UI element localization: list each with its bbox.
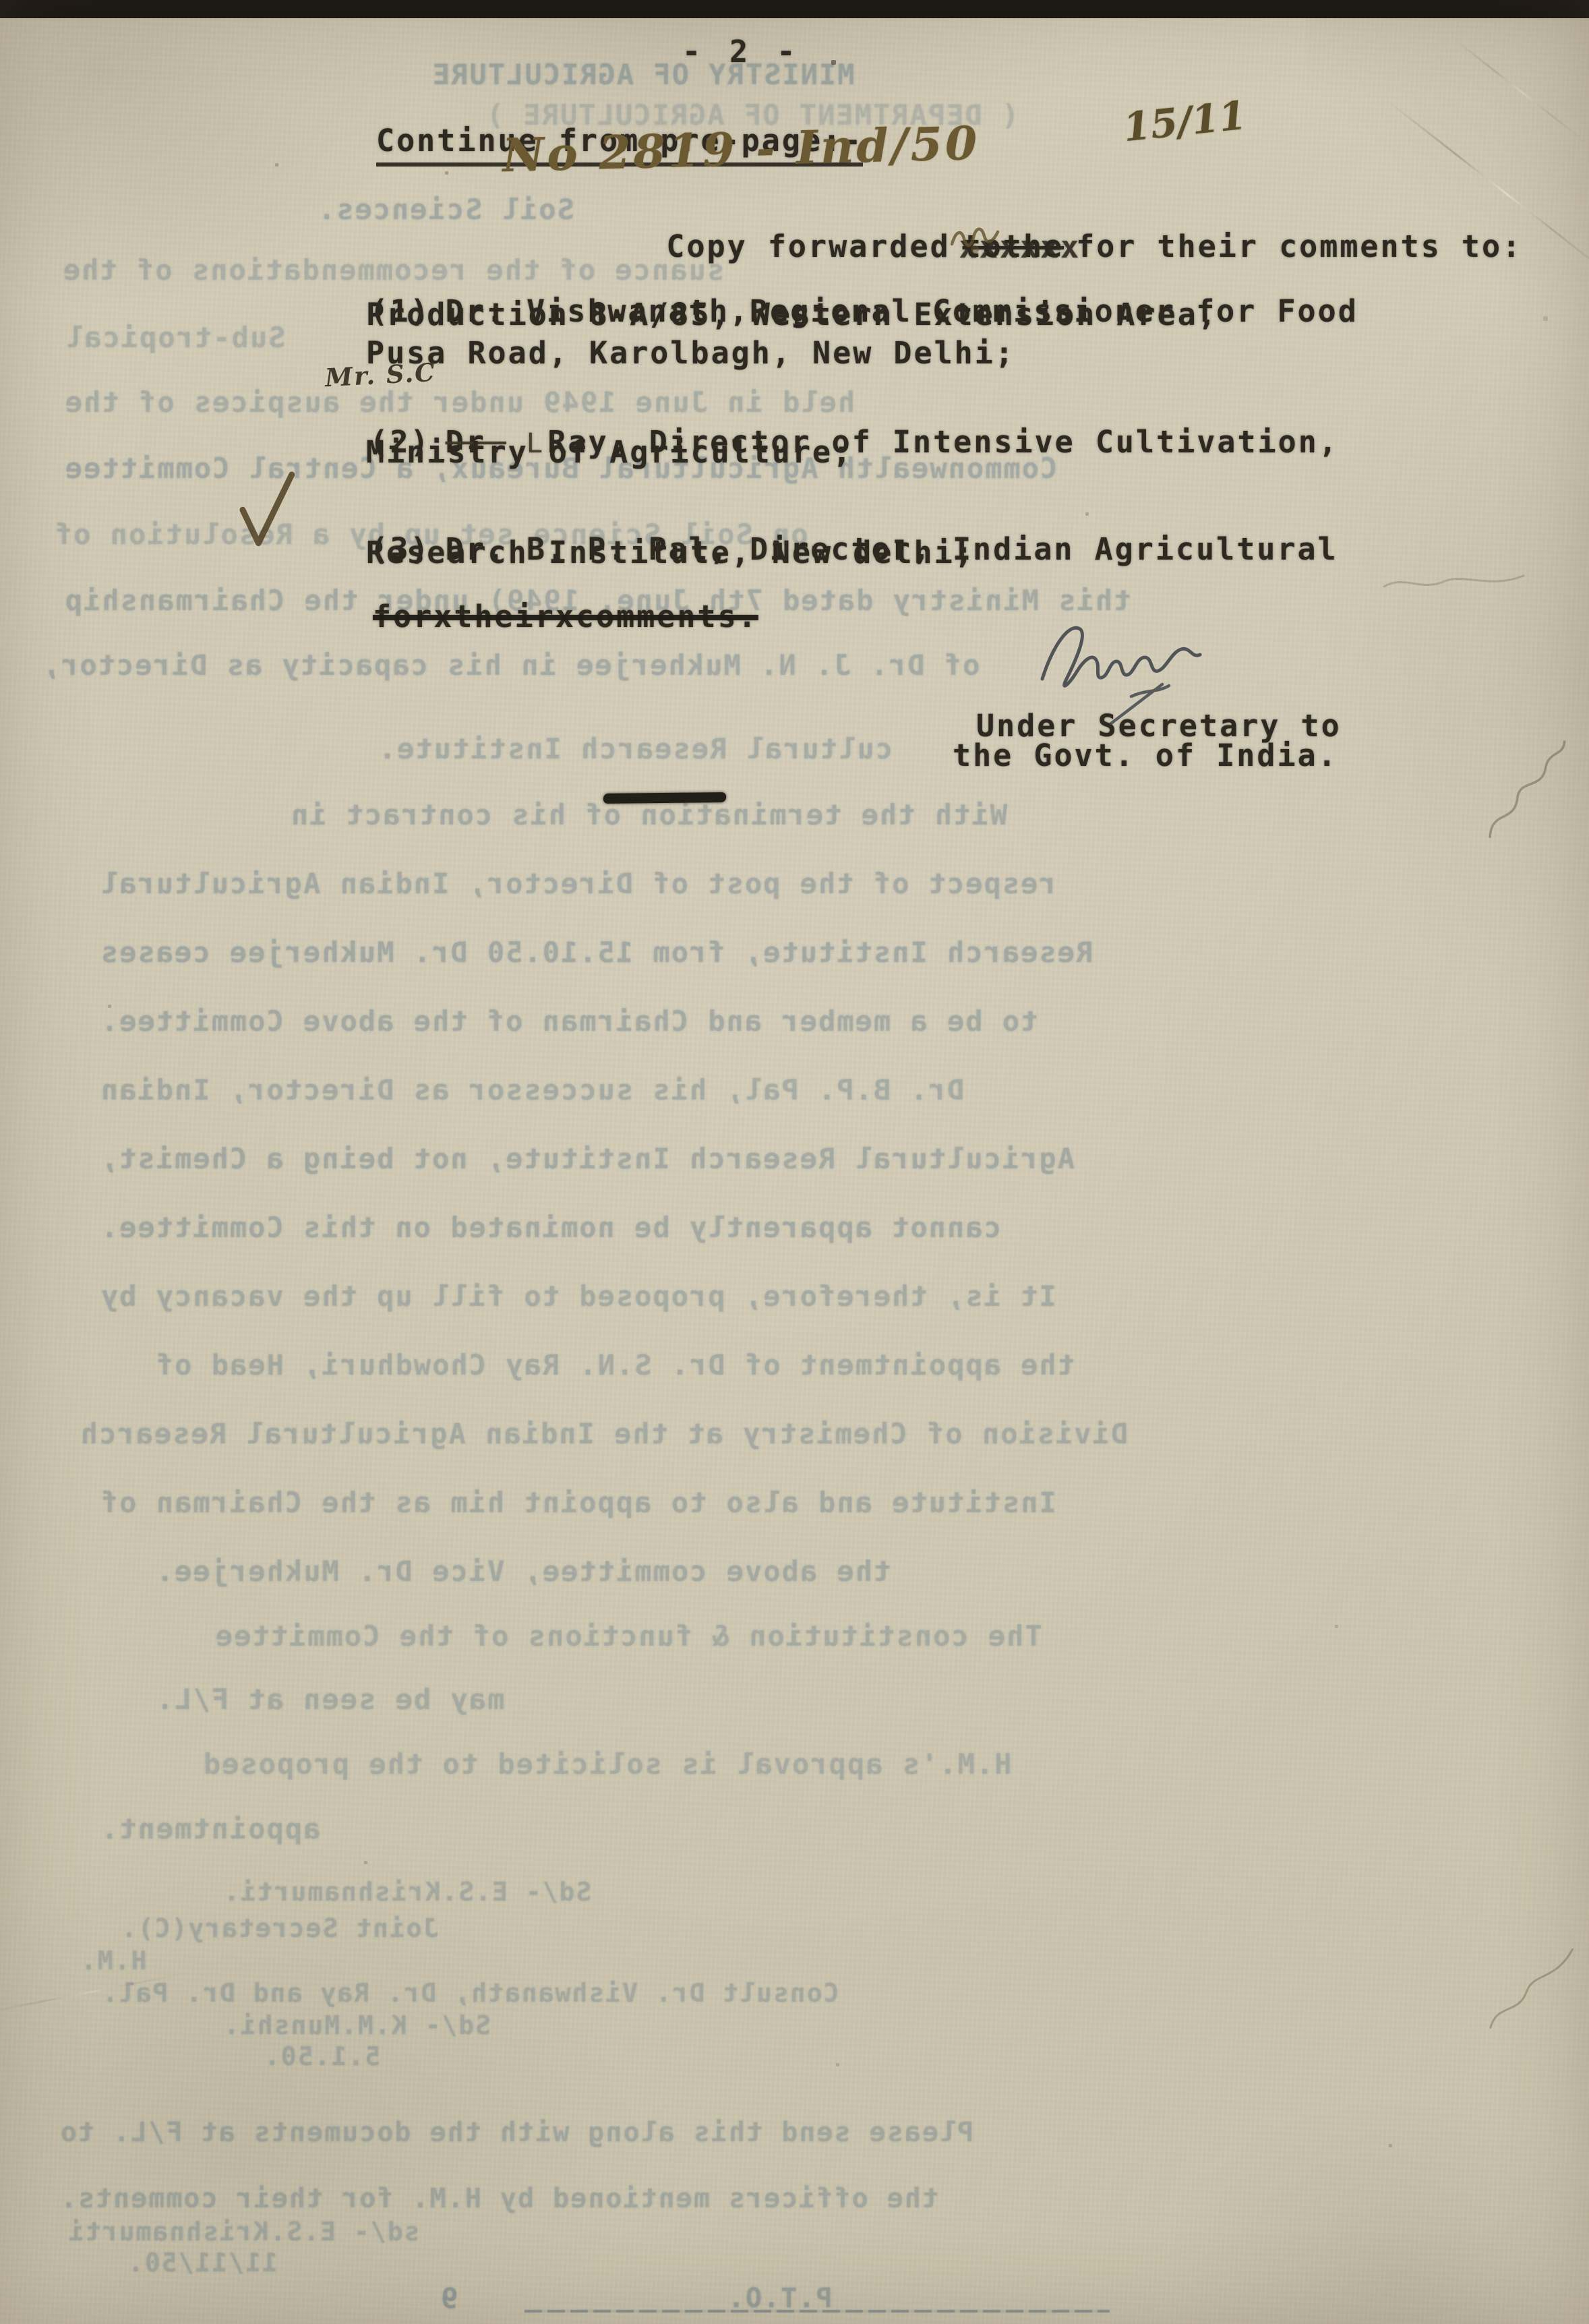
bleedthrough-text-line: appointment. (100, 1812, 320, 1845)
bleedthrough-text-line: Consult Dr. Vishwanath, Dr. Ray and Dr. … (101, 1978, 839, 2008)
handwritten-correction-mr-sc: Mr. S.C (324, 357, 437, 393)
bleedthrough-text-line: Joint Secretary(C). (120, 1913, 439, 1943)
page-number: - 2 - (682, 34, 800, 69)
bleedthrough-text-line: sd/- E.S.Krishnamurti (67, 2217, 419, 2246)
bleedthrough-text-line: Please send this along with the document… (59, 2117, 973, 2148)
document-page: MINISTRY OF AGRICULTURE( DEPARTMENT OF A… (0, 0, 1589, 2324)
list-item-1-line-2: Production 8-A/85, Western Extension Are… (366, 297, 1218, 332)
bleedthrough-text-line: respect of the post of Director, Indian … (100, 867, 1056, 900)
bleedthrough-text-line: 9 (440, 2282, 458, 2315)
ink-specks (0, 0, 1, 1)
bleedthrough-text-line: of Dr. J. N. Mukherjee in his capacity a… (42, 649, 980, 682)
signature-scribble (1030, 609, 1232, 727)
bleedthrough-text-line: Division of Chemistry at the Indian Agri… (80, 1417, 1128, 1450)
bleedthrough-text-line: to be a member and Chairman of the above… (100, 1005, 1038, 1038)
bleedthrough-text-line: Dr. B.P. Pal, his successor as Director,… (100, 1073, 964, 1106)
bleedthrough-text-line: Agricultural Research Institute, not bei… (100, 1142, 1075, 1175)
bleedthrough-text-line: Research Institute, from 15.10.50 Dr. Mu… (100, 936, 1093, 969)
bleedthrough-rule (524, 2310, 1110, 2313)
list-item-3-line-2: Research Institute, New delhi; (366, 535, 975, 570)
bleedthrough-text-line: Sub-tropical (65, 321, 285, 354)
pencil-scrawl-right-upper (1381, 566, 1529, 600)
checkmark-icon (235, 468, 295, 552)
bleedthrough-text-line: cannot apparently be nominated on this C… (100, 1211, 1001, 1244)
bleedthrough-text-line: the above committee, Vice Dr. Mukherjee. (155, 1555, 891, 1588)
bleedthrough-text-line: the appointment of Dr. S.N. Ray Chowdhur… (155, 1348, 1075, 1381)
signoff-line-2: the Govt. of India. (953, 738, 1338, 773)
bleedthrough-text-line: The constitution & functions of the Comm… (214, 1619, 1042, 1652)
bleedthrough-text-line: Institute and also to appoint him as the… (100, 1486, 1056, 1519)
bleedthrough-text-line: the officers mentioned by H.M. for their… (59, 2183, 938, 2214)
heavy-ink-strike-bar (603, 792, 726, 804)
scan-edge (0, 0, 1589, 18)
bleedthrough-text-line: H.M.'s approval is solicited to the prop… (202, 1748, 1011, 1781)
bleedthrough-text-line: may be seen at F/L. (155, 1683, 504, 1716)
bleedthrough-text-line: With the termination of his contract in (290, 798, 1007, 831)
bleedthrough-text-line: Sd/- E.S.Krishnamurti. (222, 1877, 591, 1907)
bleedthrough-text-line: Soil Sciences. (317, 193, 574, 226)
bleedthrough-text-line: It is, therefore, proposed to fill up th… (100, 1280, 1056, 1313)
bleedthrough-text-line: 5.1.50. (263, 2042, 380, 2071)
struck-out-line: forxtheirxcomments. (373, 599, 758, 634)
list-item-2-line-2: Ministry of Agriculture; (366, 434, 853, 470)
bleedthrough-text-line: 11/11/50. (127, 2248, 278, 2277)
bleedthrough-text-line: cultural Research Institute. (378, 732, 893, 765)
bleedthrough-text-line: Sd/- K.M.Munshi. (222, 2010, 491, 2040)
list-item-1-line-3: Pusa Road, Karolbagh, New Delhi; (366, 335, 1015, 371)
ink-squiggle-mark (948, 218, 1002, 256)
bleedthrough-text-line: H.M. (80, 1946, 147, 1975)
